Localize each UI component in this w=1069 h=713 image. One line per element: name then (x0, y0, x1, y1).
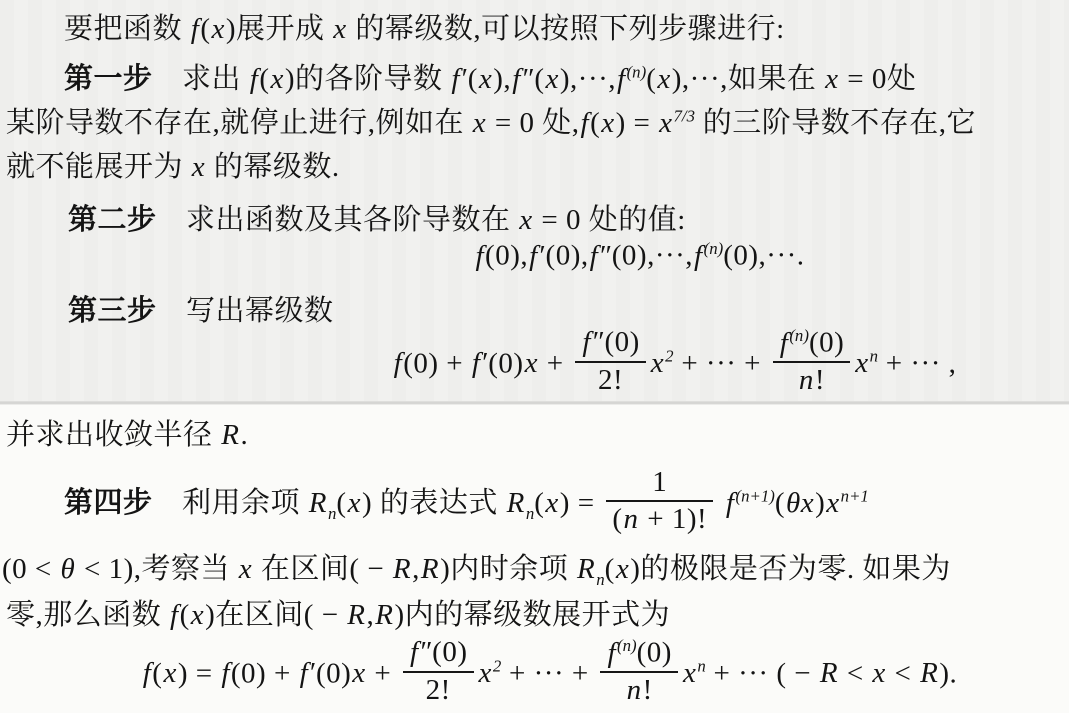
fraction: f″(0)2! (403, 636, 473, 707)
step4-heading-line: 第四步 利用余项 Rn(x) 的表达式 Rn(x) = 1(n + 1)! f(… (64, 470, 869, 541)
expansion-formula: f(x) = f(0) + f′(0)x + f″(0)2!x2 + ··· +… (30, 640, 1069, 711)
zero-limit-line: 零,那么函数 f(x)在区间( − R,R)内的幂级数展开式为 (6, 592, 670, 633)
step1-heading-line: 第一步 求出 f(x)的各阶导数 f′(x),f″(x),···,f(n)(x)… (64, 56, 916, 97)
fraction: f″(0)2! (575, 326, 645, 397)
fraction: f(n)(0)n! (600, 636, 678, 707)
power-series-formula: f(0) + f′(0)x + f″(0)2!x2 + ··· + f(n)(0… (280, 330, 1069, 401)
theta-condition-line: (0 < θ < 1),考察当 x 在区间( − R,R)内时余项 Rn(x)的… (2, 546, 951, 590)
textbook-page: 要把函数 f(x)展开成 x 的幂级数,可以按照下列步骤进行: 第一步 求出 f… (0, 0, 1069, 713)
derivative-values-display: f(0),f′(0),f″(0),···,f(n)(0),···. (210, 239, 1069, 273)
fraction: f(n)(0)n! (773, 326, 851, 397)
fraction: 1(n + 1)! (606, 466, 713, 537)
scan-seam-divider (0, 401, 1069, 405)
step1-body-line2: 某阶导数不存在,就停止进行,例如在 x = 0 处,f(x) = x7/3 的三… (6, 100, 976, 141)
radius-line: 并求出收敛半径 R. (6, 412, 248, 453)
paragraph-intro: 要把函数 f(x)展开成 x 的幂级数,可以按照下列步骤进行: (64, 6, 785, 47)
step1-body-line3: 就不能展开为 x 的幂级数. (6, 144, 340, 185)
step2-heading-line: 第二步 求出函数及其各阶导数在 x = 0 处的值: (68, 197, 686, 238)
step3-heading-line: 第三步 写出幂级数 (68, 288, 334, 329)
